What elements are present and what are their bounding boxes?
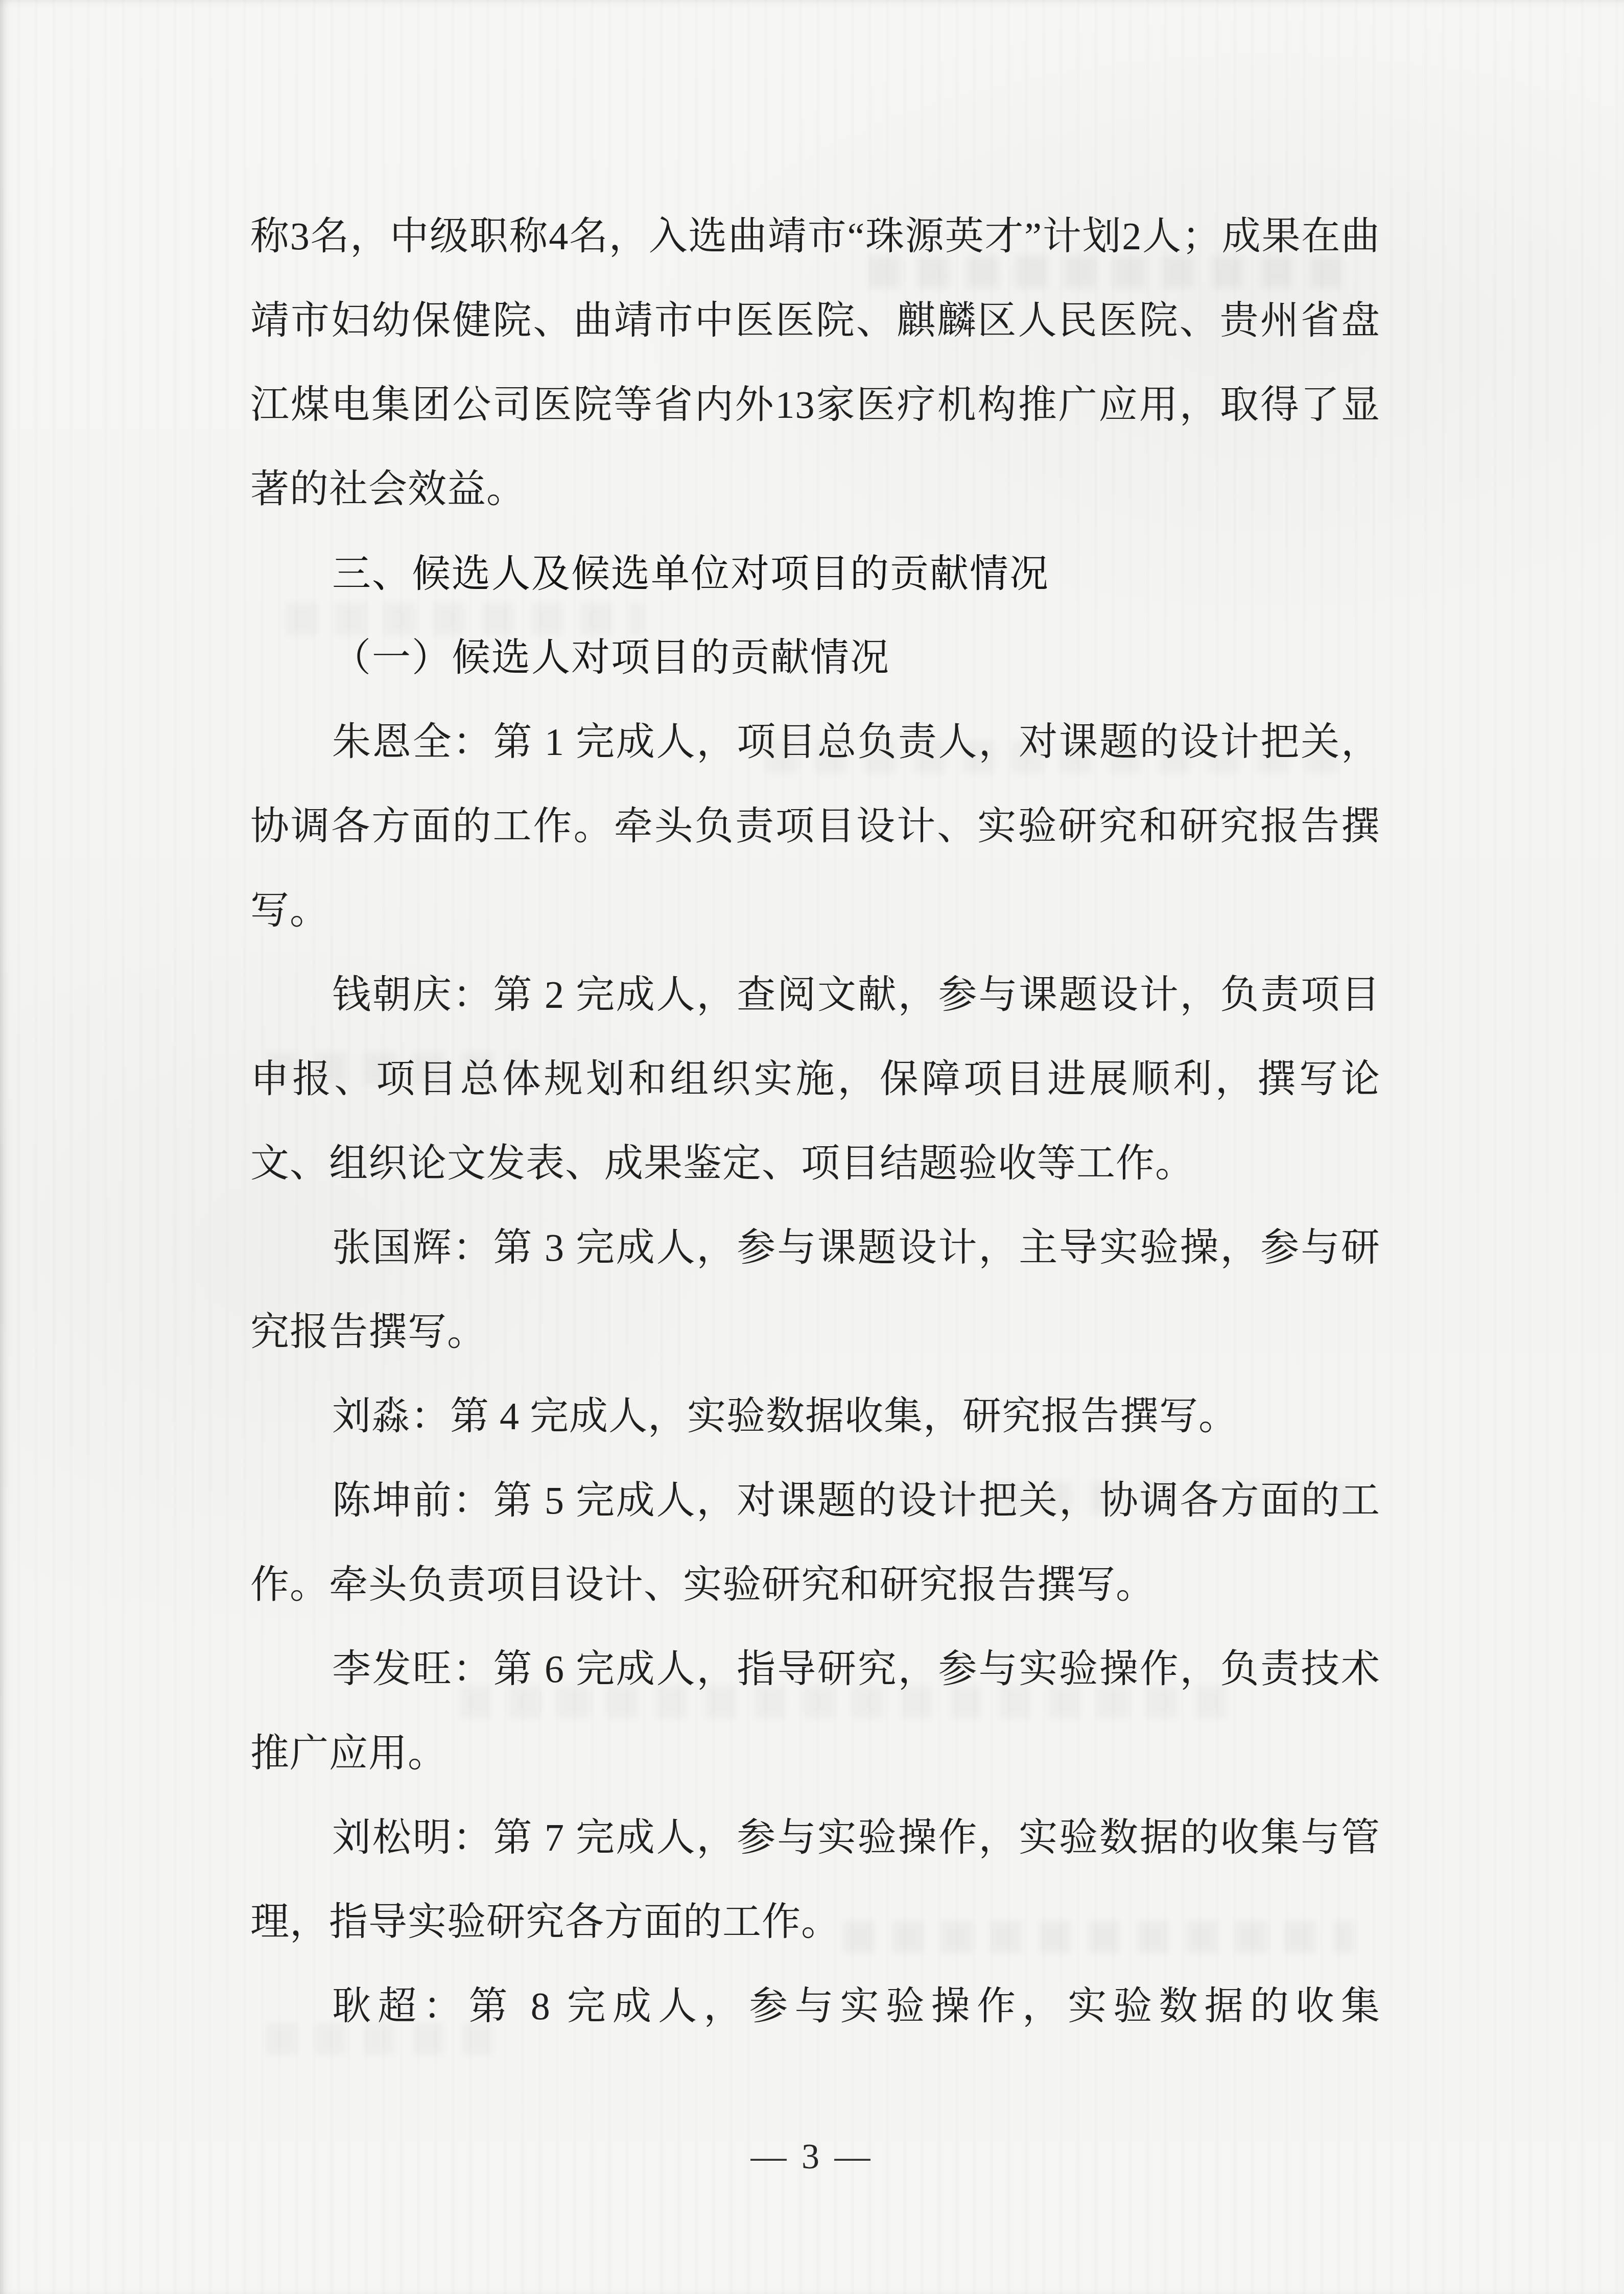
paragraph-zhang-guohui: 张国辉：第 3 完成人，参与课题设计，主导实验操，参与研究报告撰写。 xyxy=(250,1206,1380,1375)
paragraph-liu-songming: 刘松明：第 7 完成人，参与实验操作，实验数据的收集与管理，指导实验研究各方面的… xyxy=(250,1796,1380,1965)
section-heading-candidates-contribution: 三、候选人及候选单位对项目的贡献情况 xyxy=(250,532,1380,616)
scanned-document-page: 称3名，中级职称4名，入选曲靖市“珠源英才”计划2人；成果在曲靖市妇幼保健院、曲… xyxy=(0,0,1624,2294)
document-body: 称3名，中级职称4名，入选曲靖市“珠源英才”计划2人；成果在曲靖市妇幼保健院、曲… xyxy=(250,195,1380,2049)
paragraph-continued-achievements: 称3名，中级职称4名，入选曲靖市“珠源英才”计划2人；成果在曲靖市妇幼保健院、曲… xyxy=(250,195,1380,532)
paragraph-li-fawang: 李发旺：第 6 完成人，指导研究，参与实验操作，负责技术推广应用。 xyxy=(250,1627,1380,1796)
paragraph-chen-kunqian: 陈坤前：第 5 完成人，对课题的设计把关，协调各方面的工作。牵头负责项目设计、实… xyxy=(250,1459,1380,1627)
paragraph-geng-chao: 耿超：第 8 完成人，参与实验操作，实验数据的收集 xyxy=(250,1965,1380,2049)
page-number: — 3 — xyxy=(0,2129,1624,2185)
paragraph-qian-chaoqing: 钱朝庆：第 2 完成人，查阅文献，参与课题设计，负责项目申报、项目总体规划和组织… xyxy=(250,953,1380,1206)
paragraph-zhu-enquan: 朱恩全：第 1 完成人，项目总负责人，对课题的设计把关，协调各方面的工作。牵头负… xyxy=(250,700,1380,953)
subsection-heading-candidate-contribution: （一）候选人对项目的贡献情况 xyxy=(250,616,1380,700)
paragraph-liu-miao: 刘淼：第 4 完成人，实验数据收集，研究报告撰写。 xyxy=(250,1375,1380,1459)
